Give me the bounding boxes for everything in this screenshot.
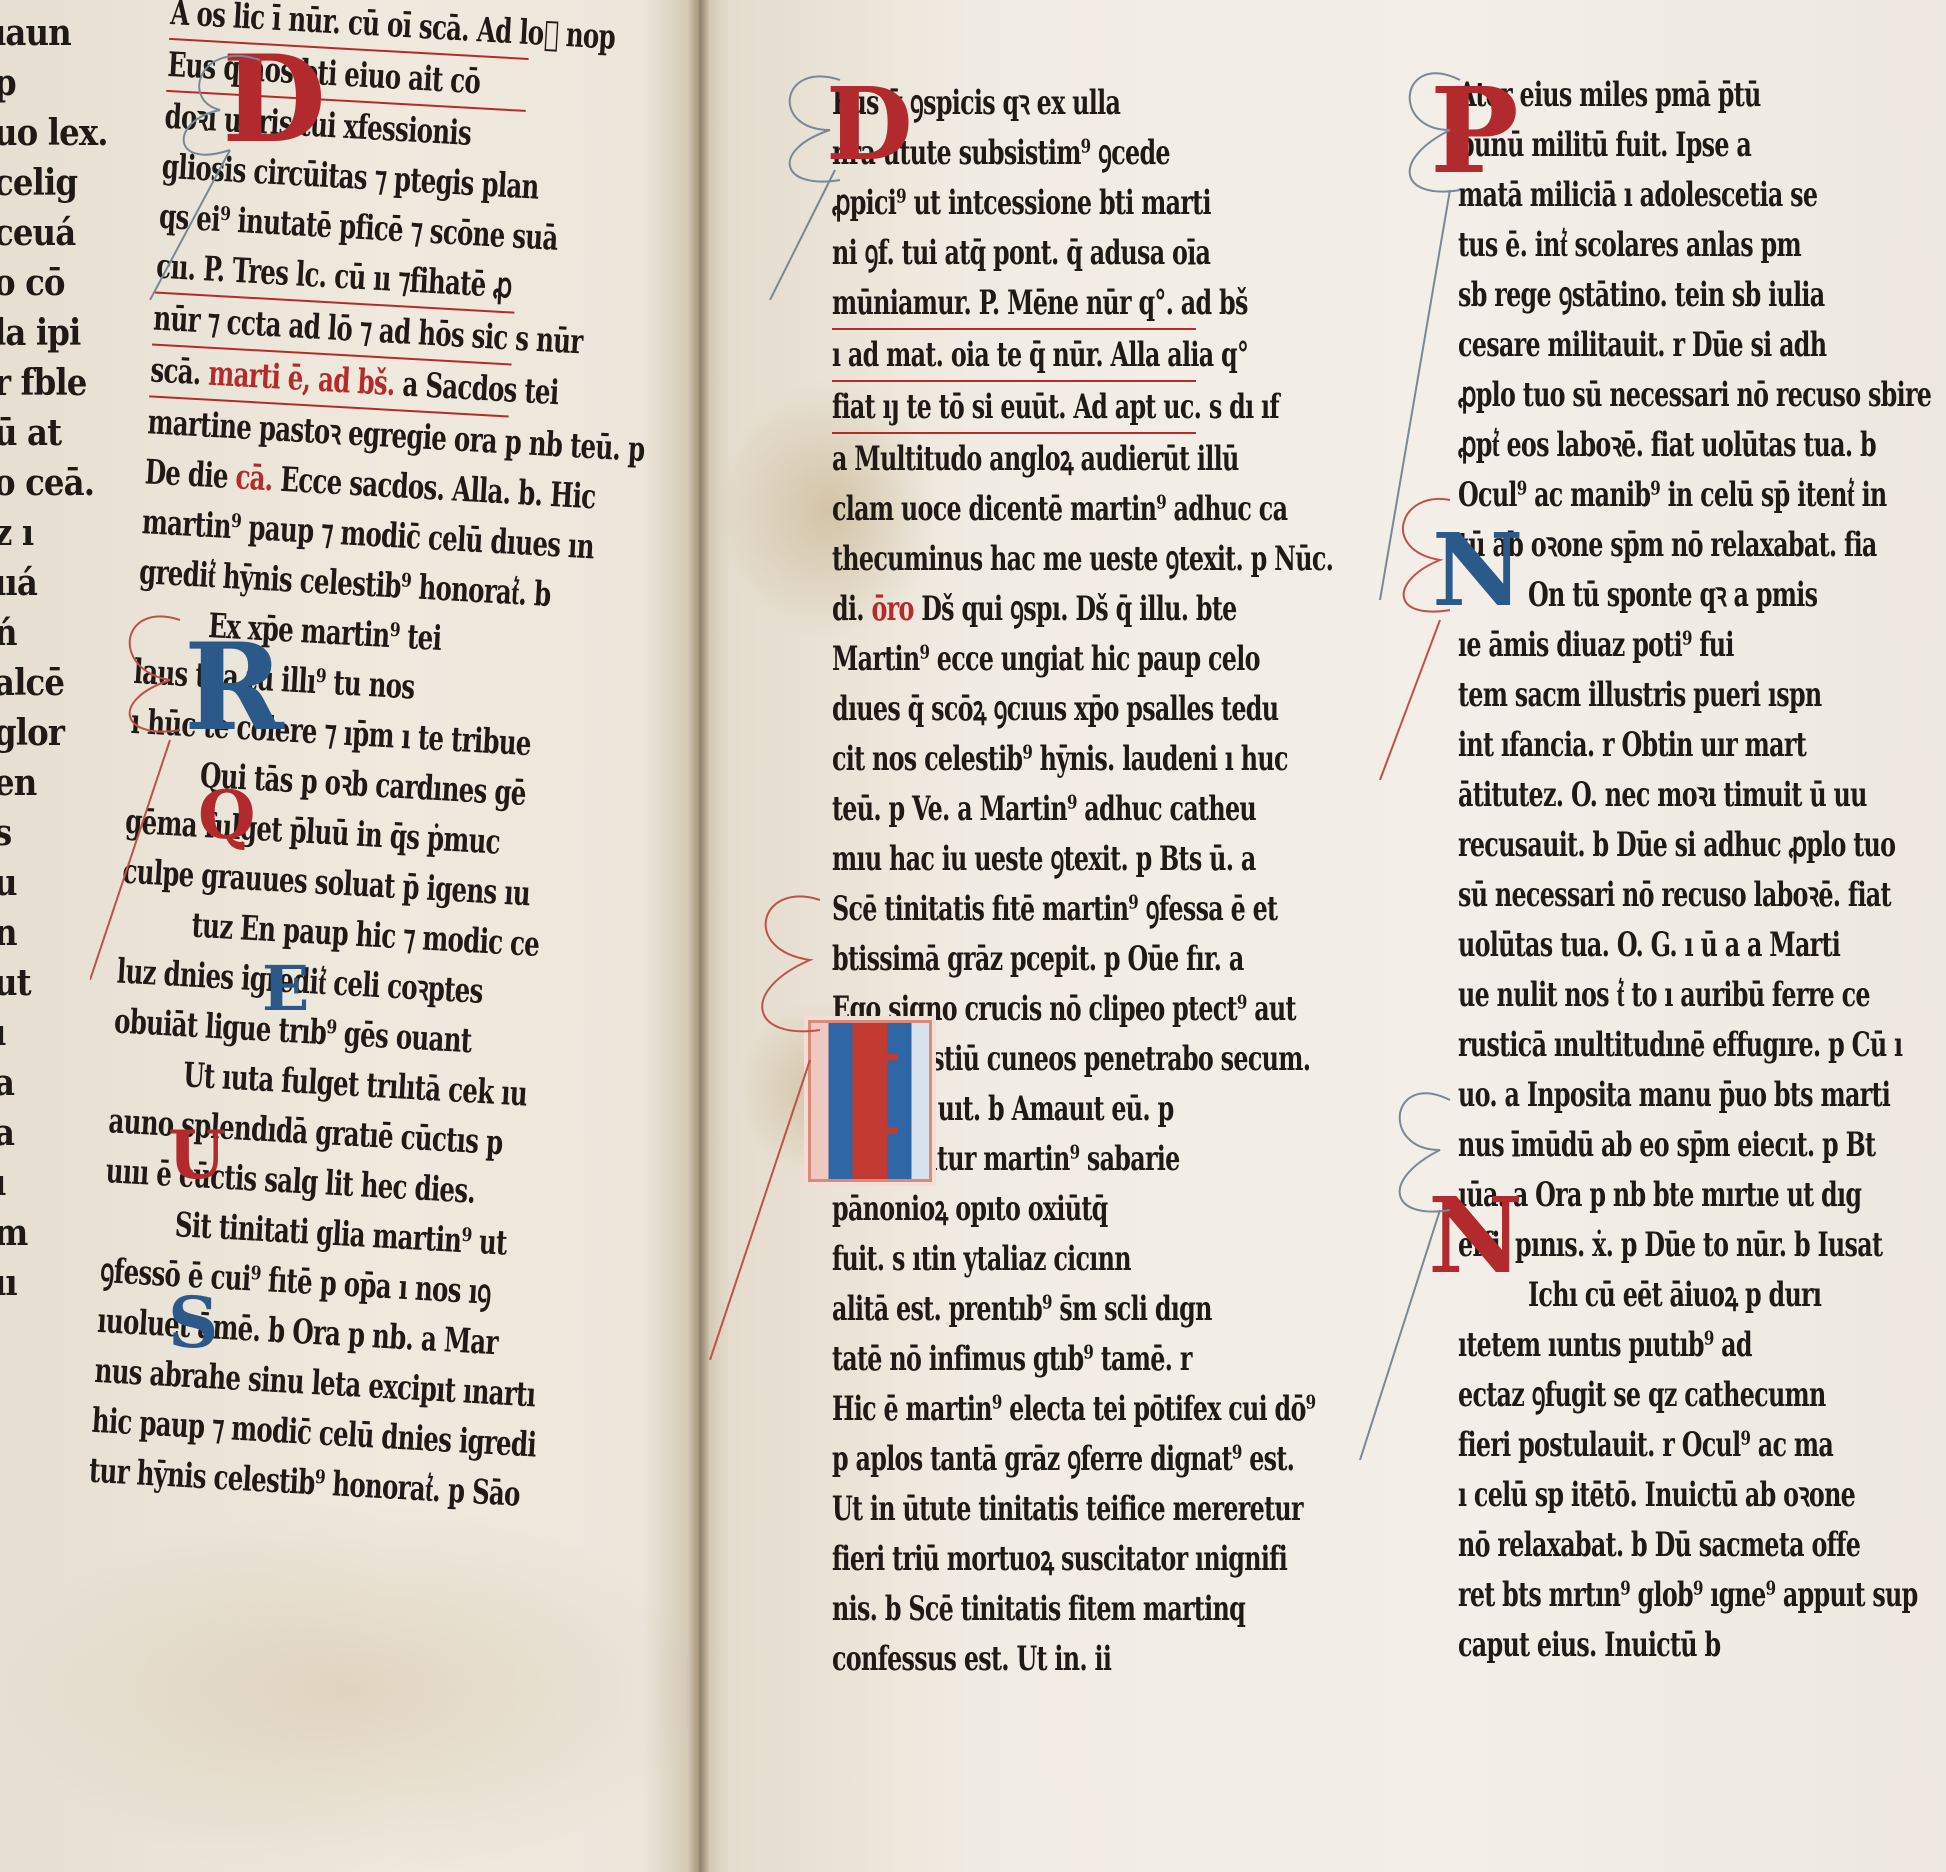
manuscript-line: uolūtas tua. O. G. ı ū a a Marti (1458, 920, 1808, 970)
manuscript-line: tus ē. int͛ scolares anlas pm (1458, 220, 1808, 270)
manuscript-line: fieri postulauit. r Ocul⁹ ac ma (1458, 1420, 1808, 1470)
manuscript-line: clam uoce dicentē martin⁹ adhuc ca (832, 484, 1196, 534)
initial-e-blue: E (262, 958, 309, 1020)
manuscript-line: alcē (0, 658, 111, 708)
manuscript-line: n (0, 908, 111, 958)
manuscript-line: ı (0, 1008, 111, 1058)
manuscript-line: caput eius. Inuictū b (1458, 1620, 1808, 1670)
manuscript-line: o cō (0, 258, 111, 308)
manuscript-line: mūniamur. P. Mēne nūr q°. ad bš (832, 278, 1196, 330)
manuscript-line: ıı (0, 1258, 111, 1308)
rubric-text: cā. (234, 457, 273, 499)
manuscript-line: di. ōro Dš qui ꝯspı. Dš q̄ illu. bte (832, 584, 1196, 634)
manuscript-line: r fble (0, 358, 111, 408)
manuscript-line: mıu hac iu ueste ꝯtexit. p Bts ū. a (832, 834, 1196, 884)
manuscript-line: uo. a Inposita manu p̄uo bts marti (1458, 1070, 1808, 1120)
initial-s-blue: S (168, 1288, 219, 1358)
manuscript-line: int ıfancia. r Obtin uır mart (1458, 720, 1808, 770)
manuscript-line: nus īmūdū ab eo sp̄m eiecıt. p Bt (1458, 1120, 1808, 1170)
manuscript-line: z ı (0, 508, 111, 558)
manuscript-line: a (0, 1108, 111, 1158)
manuscript-line: glor (0, 708, 111, 758)
manuscript-line: teū. p Ve. a Martin⁹ adhuc catheu (832, 784, 1196, 834)
manuscript-line: a (0, 1058, 111, 1108)
manuscript-line: ı ad mat. oia te q̄ nūr. Alla alia q° (832, 330, 1196, 382)
manuscript-line: confessus est. Ut in. ii (832, 1634, 1196, 1684)
manuscript-line: en (0, 758, 111, 808)
manuscript-line: ātitutez. O. nec moꝛı timuit ū uu (1458, 770, 1808, 820)
manuscript-line: ectaz ꝯfugit se qz cathecumn (1458, 1370, 1808, 1420)
manuscript-line: ni ꝯf. tui atq̄ pont. q̄ adusa oīa (832, 228, 1196, 278)
manuscript-line: sb rege ꝯstātino. tein sb iulia (1458, 270, 1808, 320)
manuscript-line: tatē nō infimus gtıb⁹ tamē. r (832, 1334, 1196, 1384)
manuscript-line: ceuá (0, 208, 111, 258)
right-column: Ater eius miles pmā p̄tūbunū militū fuit… (1458, 70, 1946, 1670)
manuscript-line: tem sacm illustris pueri ıspn (1458, 670, 1808, 720)
manuscript-line: ꝓpici⁹ ut intcessione bti marti (832, 178, 1196, 228)
initial-p-red: P (1430, 72, 1519, 190)
middle-column: Eus q̄ ꝯspicis qꝛ ex ullanra ūtute subsi… (832, 78, 1352, 1684)
manuscript-line: ut (0, 958, 111, 1008)
manuscript-line: ꝓplo tuo sū necessari nō recuso sbire (1458, 370, 1808, 420)
initial-u-red: U (168, 1122, 226, 1188)
manuscript-line: sū necessari nō recuso laboꝛē. fiat (1458, 870, 1808, 920)
manuscript-line: nis. b Scē tinitatis fitem martinq (832, 1584, 1196, 1634)
manuscript-spread: ıaunpuo lex.celigceuáo cōla ipir fbleū a… (0, 0, 1946, 1872)
initial-i-glyph: I (851, 1041, 902, 1151)
manuscript-line: Martin⁹ ecce ungiat hic paup celo (832, 634, 1196, 684)
rubric-text: ōro (871, 589, 913, 629)
manuscript-line: uo lex. (0, 108, 111, 158)
manuscript-line: ı (0, 1158, 111, 1208)
initial-d-red: D (826, 74, 913, 174)
manuscript-line: la ipi (0, 308, 111, 358)
initial-n-blue: N (1432, 520, 1523, 620)
parchment-stain (0, 1500, 700, 1872)
initial-q-red: Q (198, 782, 256, 848)
manuscript-line: alitā est. prentıb⁹ s̄m scli dıgn (832, 1284, 1196, 1334)
manuscript-line: rusticā ınultitudınē effugıre. p Cū ı (1458, 1020, 1808, 1070)
manuscript-line: p (0, 58, 111, 108)
manuscript-line: ꝓpt͛ eos laboꝛē. fiat uolūtas tua. b (1458, 420, 1808, 470)
manuscript-line: cit nos celestib⁹ hȳnis. laudeni ı huc (832, 734, 1196, 784)
manuscript-line: ıtetem ıuntıs pıutıb⁹ ad (1458, 1320, 1808, 1370)
manuscript-line: thecuminus hac me ueste ꝯtexit. p Nūc. (832, 534, 1196, 584)
illuminated-initial-i: I (808, 1020, 932, 1182)
manuscript-line: ıaun (0, 8, 111, 58)
manuscript-line: Ut in ūtute tinitatis teifice mereretur (832, 1484, 1196, 1534)
manuscript-line: ret bts mrtın⁹ glob⁹ ıgne⁹ appuıt sup (1458, 1570, 1808, 1620)
left-edge-column: ıaunpuo lex.celigceuáo cōla ipir fbleū a… (0, 8, 124, 1308)
book-gutter (688, 0, 710, 1872)
manuscript-line: s (0, 808, 111, 858)
initial-r-blue: R (184, 628, 284, 748)
manuscript-line: celig (0, 158, 111, 208)
manuscript-line: u (0, 858, 111, 908)
manuscript-line: ı celū sp itētō. Inuictū ab oꝛone (1458, 1470, 1808, 1520)
manuscript-line: o ceā. (0, 458, 111, 508)
manuscript-line: a Multitudo angloꝝ audierūt illū (832, 434, 1196, 484)
manuscript-line: ue nulit nos t͛ to ı auribū ferre ce (1458, 970, 1808, 1020)
manuscript-line: m (0, 1208, 111, 1258)
manuscript-line: fieri triū mortuoꝝ suscitator ınignifi (832, 1534, 1196, 1584)
manuscript-line: btissimā grāz pcepit. p Oūe fır. a (832, 934, 1196, 984)
manuscript-line: cesare militauit. r Dūe si adh (1458, 320, 1808, 370)
manuscript-line: ń (0, 608, 111, 658)
manuscript-line: p aplos tantā grāz ꝯferre dignat⁹ est. (832, 1434, 1196, 1484)
manuscript-line: nō relaxabat. b Dū sacmeta offe (1458, 1520, 1808, 1570)
manuscript-line: ııá (0, 558, 111, 608)
manuscript-line: fuit. s ıtin ytaliaz cicınn (832, 1234, 1196, 1284)
manuscript-line: ū at (0, 408, 111, 458)
manuscript-line: Scē tinitatis fıtē martin⁹ ꝯfessa ē et (832, 884, 1196, 934)
manuscript-line: fiat ıȷ te tō si euūt. Ad apt uc. s dı ı… (832, 382, 1196, 434)
manuscript-line: recusauit. b Dūe si adhuc ꝓplo tuo (1458, 820, 1808, 870)
initial-n-red: N (1428, 1184, 1523, 1288)
manuscript-line: pānonioꝝ opıto oxiūtq̄ (832, 1184, 1196, 1234)
initial-d-red: D (222, 40, 326, 160)
manuscript-line: Hic ē martin⁹ electa tei pōtifex cui dō⁹ (832, 1384, 1196, 1434)
manuscript-line: dıues q̄ scōꝝ ꝯcıuıs xp̄o psalles tedu (832, 684, 1196, 734)
rubric-text: marti ē, ad bš. (207, 354, 395, 404)
